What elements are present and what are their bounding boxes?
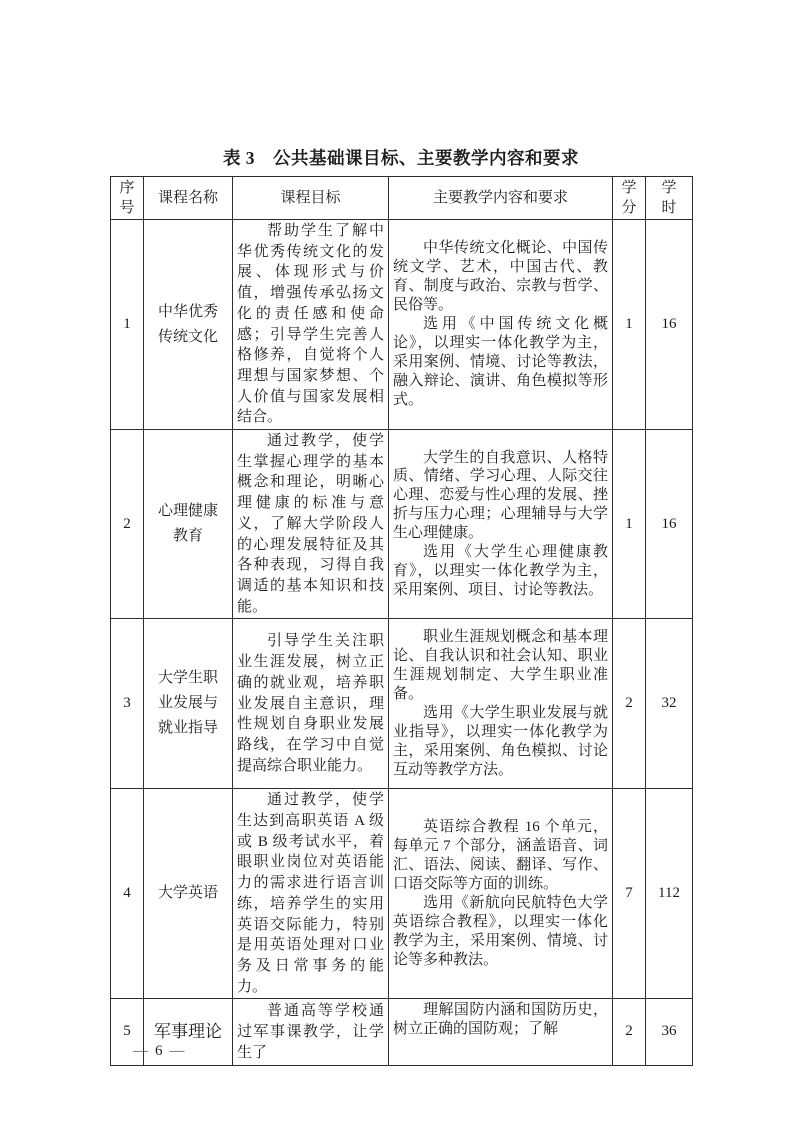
course-goal-cell: 引导学生关注职业生涯发展，树立正确的就业观，培养职业发展自主意识，理性规划自身职… [233, 619, 389, 789]
course-content-cell: 中华传统文化概论、中国传统文学、艺术，中国古代、教育、制度与政治、宗教与哲学、民… [389, 220, 613, 430]
content-paragraph-1: 英语综合教程 16 个单元，每单元 7 个部分，涵盖语音、词汇、语法、阅读、翻译… [393, 818, 608, 894]
column-header-hours: 学时 [646, 177, 693, 220]
content-paragraph-2: 选用《大学生心理健康教育》，以理实一体化教学为主，采用案例、项目、讨论等教法。 [393, 543, 608, 600]
course-content-cell: 大学生的自我意识、人格特质、情绪、学习心理、人际交往心理、恋爱与性心理的发展、挫… [389, 430, 613, 619]
document-page: 表 3 公共基础课目标、主要教学内容和要求 序号 课程名称 课程目标 主要教学内… [0, 0, 793, 1122]
footer-left-dash: — [126, 1043, 155, 1059]
course-content-cell: 英语综合教程 16 个单元，每单元 7 个部分，涵盖语音、词汇、语法、阅读、翻译… [389, 789, 613, 999]
goal-paragraph: 普通高等学校通过军事课教学，让学生了 [237, 1001, 384, 1063]
content-paragraph-1: 理解国防内涵和国防历史，树立正确的国防观；了解 [393, 1001, 608, 1039]
column-header-course-goal: 课程目标 [233, 177, 389, 220]
goal-paragraph: 通过教学，使学生掌握心理学的基本概念和理论，明晰心理健康的标准与意义，了解大学阶… [237, 431, 384, 617]
column-header-credits-label: 学分 [620, 178, 638, 218]
course-name-cell: 大学生职业发展与就业指导 [144, 619, 233, 789]
row-number-cell: 3 [111, 619, 144, 789]
content-paragraph-2: 选用《中国传统文化概论》，以理实一体化教学为主，采用案例、情境、讨论等教法，融入… [393, 315, 608, 410]
table-row: 5 军事理论 普通高等学校通过军事课教学，让学生了 理解国防内涵和国防历史，树立… [111, 999, 693, 1065]
table-row: 2 心理健康教育 通过教学，使学生掌握心理学的基本概念和理论，明晰心理健康的标准… [111, 430, 693, 619]
column-header-hours-label: 学时 [660, 178, 678, 218]
footer-page-number: 6 [155, 1043, 163, 1059]
course-content-cell: 理解国防内涵和国防历史，树立正确的国防观；了解 [389, 999, 613, 1065]
content-paragraph-1: 中华传统文化概论、中国传统文学、艺术，中国古代、教育、制度与政治、宗教与哲学、民… [393, 239, 608, 315]
credits-cell: 2 [613, 619, 646, 789]
table-row: 3 大学生职业发展与就业指导 引导学生关注职业生涯发展，树立正确的就业观，培养职… [111, 619, 693, 789]
hours-cell: 16 [646, 220, 693, 430]
page-footer: —6— [126, 1043, 192, 1060]
column-header-number: 序号 [111, 177, 144, 220]
course-goal-cell: 通过教学，使学生掌握心理学的基本概念和理论，明晰心理健康的标准与意义，了解大学阶… [233, 430, 389, 619]
credits-cell: 2 [613, 999, 646, 1065]
course-content-cell: 职业生涯规划概念和基本理论、自我认识和社会认知、职业生涯规划制定、大学生职业准备… [389, 619, 613, 789]
column-header-course-name: 课程名称 [144, 177, 233, 220]
course-goal-cell: 普通高等学校通过军事课教学，让学生了 [233, 999, 389, 1065]
course-name-cell: 心理健康教育 [144, 430, 233, 619]
goal-paragraph: 帮助学生了解中华优秀传统文化的发展、体现形式与价值，增强传承弘扬文化的责任感和使… [237, 221, 384, 428]
table-header-row: 序号 课程名称 课程目标 主要教学内容和要求 学分 学时 [111, 177, 693, 220]
course-goal-cell: 通过教学，使学生达到高职英语 A 级或 B 级考试水平，着眼职业岗位对英语能力的… [233, 789, 389, 999]
hours-cell: 112 [646, 789, 693, 999]
credits-cell: 7 [613, 789, 646, 999]
content-paragraph-1: 职业生涯规划概念和基本理论、自我认识和社会认知、职业生涯规划制定、大学生职业准备… [393, 628, 608, 704]
column-header-credits: 学分 [613, 177, 646, 220]
goal-paragraph: 引导学生关注职业生涯发展，树立正确的就业观，培养职业发展自主意识，理性规划自身职… [237, 631, 384, 776]
row-number-cell: 2 [111, 430, 144, 619]
credits-cell: 1 [613, 430, 646, 619]
course-name-cell: 大学英语 [144, 789, 233, 999]
content-paragraph-2: 选用《大学生职业发展与就业指导》，以理实一体化教学为主，采用案例、角色模拟、讨论… [393, 704, 608, 780]
content-paragraph-2: 选用《新航向民航特色大学英语综合教程》，以理实一体化教学为主，采用案例、情境、讨… [393, 894, 608, 970]
courses-table: 序号 课程名称 课程目标 主要教学内容和要求 学分 学时 1 中华优秀传统文化 … [110, 176, 693, 1066]
course-name-cell: 中华优秀传统文化 [144, 220, 233, 430]
table-row: 4 大学英语 通过教学，使学生达到高职英语 A 级或 B 级考试水平，着眼职业岗… [111, 789, 693, 999]
column-header-number-label: 序号 [118, 178, 136, 218]
goal-paragraph: 通过教学，使学生达到高职英语 A 级或 B 级考试水平，着眼职业岗位对英语能力的… [237, 790, 384, 997]
row-number-cell: 1 [111, 220, 144, 430]
row-number-cell: 4 [111, 789, 144, 999]
table-row: 1 中华优秀传统文化 帮助学生了解中华优秀传统文化的发展、体现形式与价值，增强传… [111, 220, 693, 430]
hours-cell: 16 [646, 430, 693, 619]
credits-cell: 1 [613, 220, 646, 430]
course-goal-cell: 帮助学生了解中华优秀传统文化的发展、体现形式与价值，增强传承弘扬文化的责任感和使… [233, 220, 389, 430]
hours-cell: 32 [646, 619, 693, 789]
hours-cell: 36 [646, 999, 693, 1065]
footer-right-dash: — [163, 1043, 192, 1059]
document-title: 表 3 公共基础课目标、主要教学内容和要求 [110, 145, 692, 170]
content-paragraph-1: 大学生的自我意识、人格特质、情绪、学习心理、人际交往心理、恋爱与性心理的发展、挫… [393, 449, 608, 544]
column-header-content: 主要教学内容和要求 [389, 177, 613, 220]
